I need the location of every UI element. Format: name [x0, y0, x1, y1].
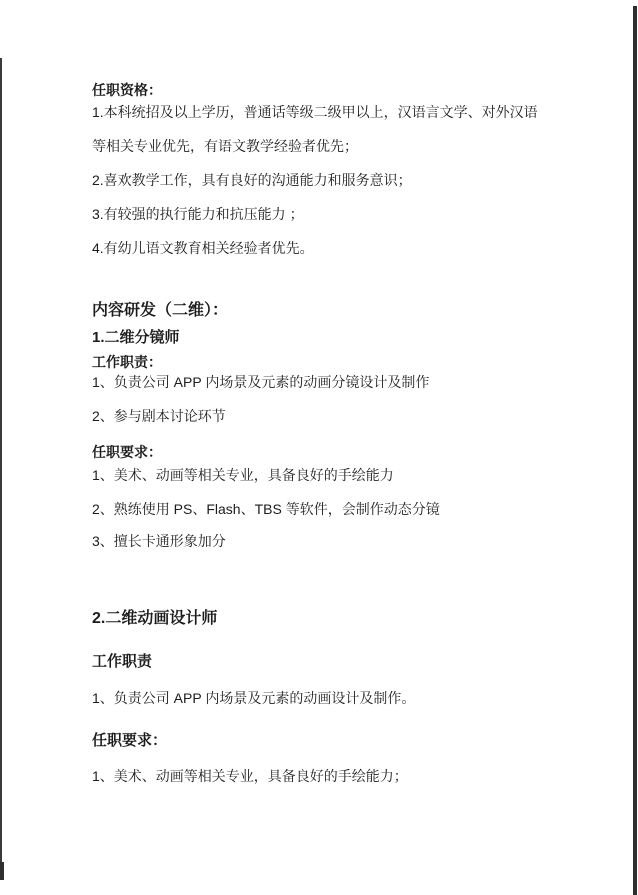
qualification-item: 1.本科统招及以上学历，普通话等级二级甲以上，汉语言文学、对外汉语 — [92, 102, 570, 122]
document-page: 任职资格： 1.本科统招及以上学历，普通话等级二级甲以上，汉语言文学、对外汉语 … — [0, 0, 638, 895]
document-body: 任职资格： 1.本科统招及以上学历，普通话等级二级甲以上，汉语言文学、对外汉语 … — [92, 0, 570, 786]
duty-item: 1、负责公司 APP 内场景及元素的动画分镜设计及制作 — [92, 372, 570, 392]
requirements-heading: 任职要求： — [92, 442, 570, 462]
qualification-item: 3.有较强的执行能力和抗压能力 ； — [92, 204, 570, 224]
requirement-item: 3、擅长卡通形象加分 — [92, 531, 570, 551]
page-edge-right-line — [633, 6, 637, 895]
requirements-heading: 任职要求： — [92, 730, 570, 751]
role-title: 2.二维动画设计师 — [92, 608, 570, 630]
duties-heading: 工作职责： — [92, 352, 570, 372]
page-edge-left-bottom-mark — [0, 862, 4, 880]
duties-heading: 工作职责 — [92, 651, 570, 672]
department-title: 内容研发（二维）： — [92, 300, 570, 322]
qualification-heading: 任职资格： — [92, 80, 570, 100]
duty-item: 2、参与剧本讨论环节 — [92, 406, 570, 426]
duty-item: 1、负责公司 APP 内场景及元素的动画设计及制作。 — [92, 688, 570, 708]
requirement-item: 1、美术、动画等相关专业，具备良好的手绘能力 — [92, 465, 570, 485]
requirement-item: 1、美术、动画等相关专业，具备良好的手绘能力； — [92, 766, 570, 786]
qualification-item: 等相关专业优先，有语文教学经验者优先； — [92, 136, 570, 156]
page-edge-left-line — [0, 58, 2, 863]
role-title: 1.二维分镜师 — [92, 327, 570, 348]
qualification-item: 4.有幼儿语文教育相关经验者优先。 — [92, 238, 570, 258]
requirement-item: 2、熟练使用 PS、Flash、TBS 等软件，会制作动态分镜 — [92, 499, 570, 519]
qualification-item: 2.喜欢教学工作，具有良好的沟通能力和服务意识； — [92, 170, 570, 190]
